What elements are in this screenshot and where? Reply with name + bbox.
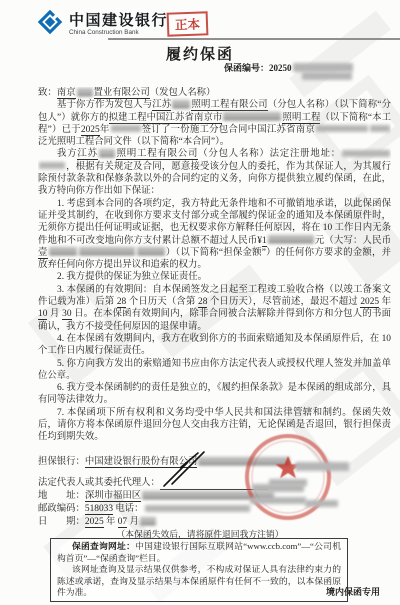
recipient-line: 致：南京置业有限公司（发包人名称） xyxy=(38,87,391,99)
redacted-text xyxy=(370,125,390,132)
text-segment: 江苏 xyxy=(152,100,171,111)
text-segment: 月 xyxy=(47,309,62,319)
redacted-text xyxy=(293,63,353,72)
text-segment: 拟建工程中国江苏省南京市 xyxy=(109,113,223,124)
clause-5: 5. 你方向我方发出的索赔通知书应由你方法定代表人或授权代理人签发并加盖单位公章… xyxy=(38,358,391,383)
text-segment: 1 xyxy=(262,236,267,247)
text-segment: 日 期： xyxy=(38,517,85,527)
text-segment: 日。在本保函有效期间内，除非合同被合法解除并得到你方和分包人的书面确认，我方不接… xyxy=(38,309,391,331)
redacted-text xyxy=(316,125,368,132)
letter-body: 致：南京置业有限公司（发包人名称）基于你方作为发包人与江苏照明工程有限公司（分包… xyxy=(38,87,391,455)
query-info-box: 保函查询网址：中国建设银行国际互联网站“www.ccb.com”—“公司机构首页… xyxy=(50,538,348,602)
redacted-text xyxy=(305,500,338,507)
text-segment: 年 xyxy=(104,517,118,527)
query-disclaimer-line: 该网址查询及显示结果仅供参考，不构成对保证人具有法律约束力的陈述或承诺，查询及显… xyxy=(57,564,341,599)
text-segment: 基于你方作为发包人与 xyxy=(57,100,152,110)
text-segment: 30 xyxy=(62,309,71,320)
bank-name-cn: 中国建设银行 xyxy=(69,13,168,28)
text-segment: 保函查询网址： xyxy=(72,541,135,551)
signature-scribble xyxy=(158,450,206,497)
redacted-text xyxy=(302,72,352,80)
text-segment: 月 xyxy=(127,517,139,527)
text-segment: 2025 xyxy=(81,125,100,136)
redacted-text xyxy=(252,484,304,492)
text-segment: 个日历天（含第 xyxy=(126,297,198,307)
text-segment: 南京 xyxy=(57,88,76,99)
original-stamp: 正本 xyxy=(167,11,209,36)
round-company-seal xyxy=(238,432,338,529)
redacted-text xyxy=(39,162,65,169)
text-segment: 深圳市福田区 xyxy=(85,491,141,502)
query-url-line: 保函查询网址：中国建设银行国际互联网站“www.ccb.com”—“公司机构首页… xyxy=(57,541,341,564)
redacted-text xyxy=(111,125,141,132)
redacted-text xyxy=(145,505,250,512)
text-segment: （发包人名称） xyxy=(150,88,216,98)
text-segment: 年 xyxy=(379,297,391,307)
bank-logo-block: 中国建设银行 China Construction Bank xyxy=(36,8,168,41)
text-segment: 28 xyxy=(117,297,126,308)
guarantee-number-value: 20250 xyxy=(269,63,292,73)
text-segment: 4. 在本保函有效期间内，我方在收到你方的书面索赔通知及本保函原件后，在 10 … xyxy=(38,334,391,356)
redacted-text xyxy=(137,247,165,255)
intro-paragraph: 基于你方作为发包人与江苏照明工程有限公司（分包人名称）（以下简称“分包人”）就你… xyxy=(38,99,391,148)
redacted-text xyxy=(342,150,390,157)
text-segment: 照明工程有限公司 xyxy=(116,149,198,160)
text-segment: 个日历天），尽管前述，最迟不超过 xyxy=(207,297,360,307)
text-segment: 担保银行： xyxy=(38,457,85,467)
text-segment: （分包人名称）法定注册地址： xyxy=(198,149,341,159)
clause-1: 1. 考虑到本合同的各项约定，我方特此无条件地和不可撤销地承诺，以此保函保证并受… xyxy=(38,198,391,272)
redacted-text xyxy=(268,235,314,243)
clause-3: 3. 本保函的有效期间：自本保函签发之日起至工程竣工验收合格（以竣工备案文件记载… xyxy=(38,284,391,333)
redacted-text xyxy=(49,247,77,255)
text-segment: 年 xyxy=(100,125,110,135)
text-segment: 元（大写：人民币 xyxy=(315,236,391,246)
text-segment: 电话： xyxy=(113,504,143,514)
clause-6: 6. 我方受本保函制约的责任是独立的，《履约担保条款》是本保函的组成部分，具有同… xyxy=(38,382,391,407)
clause-2: 2. 我方提供的保证为独立保证责任。 xyxy=(38,271,391,283)
text-segment: 地 址： xyxy=(38,491,85,501)
text-segment: 10 xyxy=(38,309,47,320)
redacted-text xyxy=(172,100,190,108)
text-segment: 6. 我方受本保函制约的责任是独立的，《履约担保条款》是本保函的组成部分，具有同… xyxy=(38,383,391,405)
redacted-text xyxy=(295,462,349,471)
text-segment: 邮政编码： xyxy=(38,504,85,514)
redacted-text xyxy=(223,112,281,120)
text-segment: 签订了一份施工分包合同中国江苏省南京 xyxy=(142,125,315,135)
redacted-text xyxy=(79,247,135,255)
text-segment: 泛光照明工程合同文件（以下简称“本合同”）。 xyxy=(38,137,229,147)
text-segment: 照明工程 xyxy=(282,113,320,124)
text-segment: 该网址查询及显示结果仅供参考，不构成对保证人具有法律约束力的陈述或承诺，查询及显… xyxy=(57,564,341,597)
text-segment: 28 xyxy=(198,297,207,308)
clause-7: 7. 本保函项下所有权利和义务均受中华人民共和国法律管辖和制约。保函失效后，请你… xyxy=(38,407,391,444)
corner-note: 境内保函专用 xyxy=(326,585,380,598)
text-segment: 2. 我方提供的保证为独立保证责任。 xyxy=(57,272,207,282)
text-segment: 2025 xyxy=(360,297,379,308)
header-rule xyxy=(108,38,400,40)
text-segment: 法定代表人或其委托代理人： xyxy=(38,478,160,488)
text-segment: 5. 你方向我方发出的索赔通知书应由你方法定代表人或授权代理人签发并加盖单位公章… xyxy=(38,359,391,381)
text-segment: 置业有限公司 xyxy=(94,88,150,99)
text-segment: 518033 xyxy=(85,504,113,515)
guarantee-number-label: 保函编号： xyxy=(224,61,269,74)
text-segment: 7. 本保函项下所有权利和义务均受中华人民共和国法律管辖和制约。保函失效后，请你… xyxy=(38,408,391,443)
guarantor-paragraph: 我方江苏照明工程有限公司（分包人名称）法定注册地址：，根据有关规定及合同，愿意接… xyxy=(38,148,391,197)
bank-name-en: China Construction Bank xyxy=(69,30,168,36)
text-segment: 江苏 xyxy=(77,149,97,160)
guarantee-letter-page: 中国建设银行 China Construction Bank 正本 履约保函 保… xyxy=(0,0,400,605)
text-segment: 我方 xyxy=(57,149,77,159)
text-segment: 照明工程有限公司 xyxy=(191,100,267,111)
clause-4: 4. 在本保函有效期间内，我方在收到你方的书面索赔通知及本保函原件后，在 10 … xyxy=(38,333,391,358)
original-stamp-label: 正本 xyxy=(175,15,201,34)
redacted-text xyxy=(250,497,306,504)
text-segment: ，根据有关规定及合同，愿意接受该分包人的委托，作为其保证人，为其履行除预付款条款… xyxy=(38,162,391,197)
redacted-text xyxy=(140,517,156,525)
redacted-text xyxy=(99,149,115,157)
text-segment: 致： xyxy=(38,88,57,98)
redacted-text xyxy=(77,88,93,96)
ccb-diamond-icon xyxy=(36,8,64,41)
text-segment: 壹 xyxy=(38,248,48,259)
